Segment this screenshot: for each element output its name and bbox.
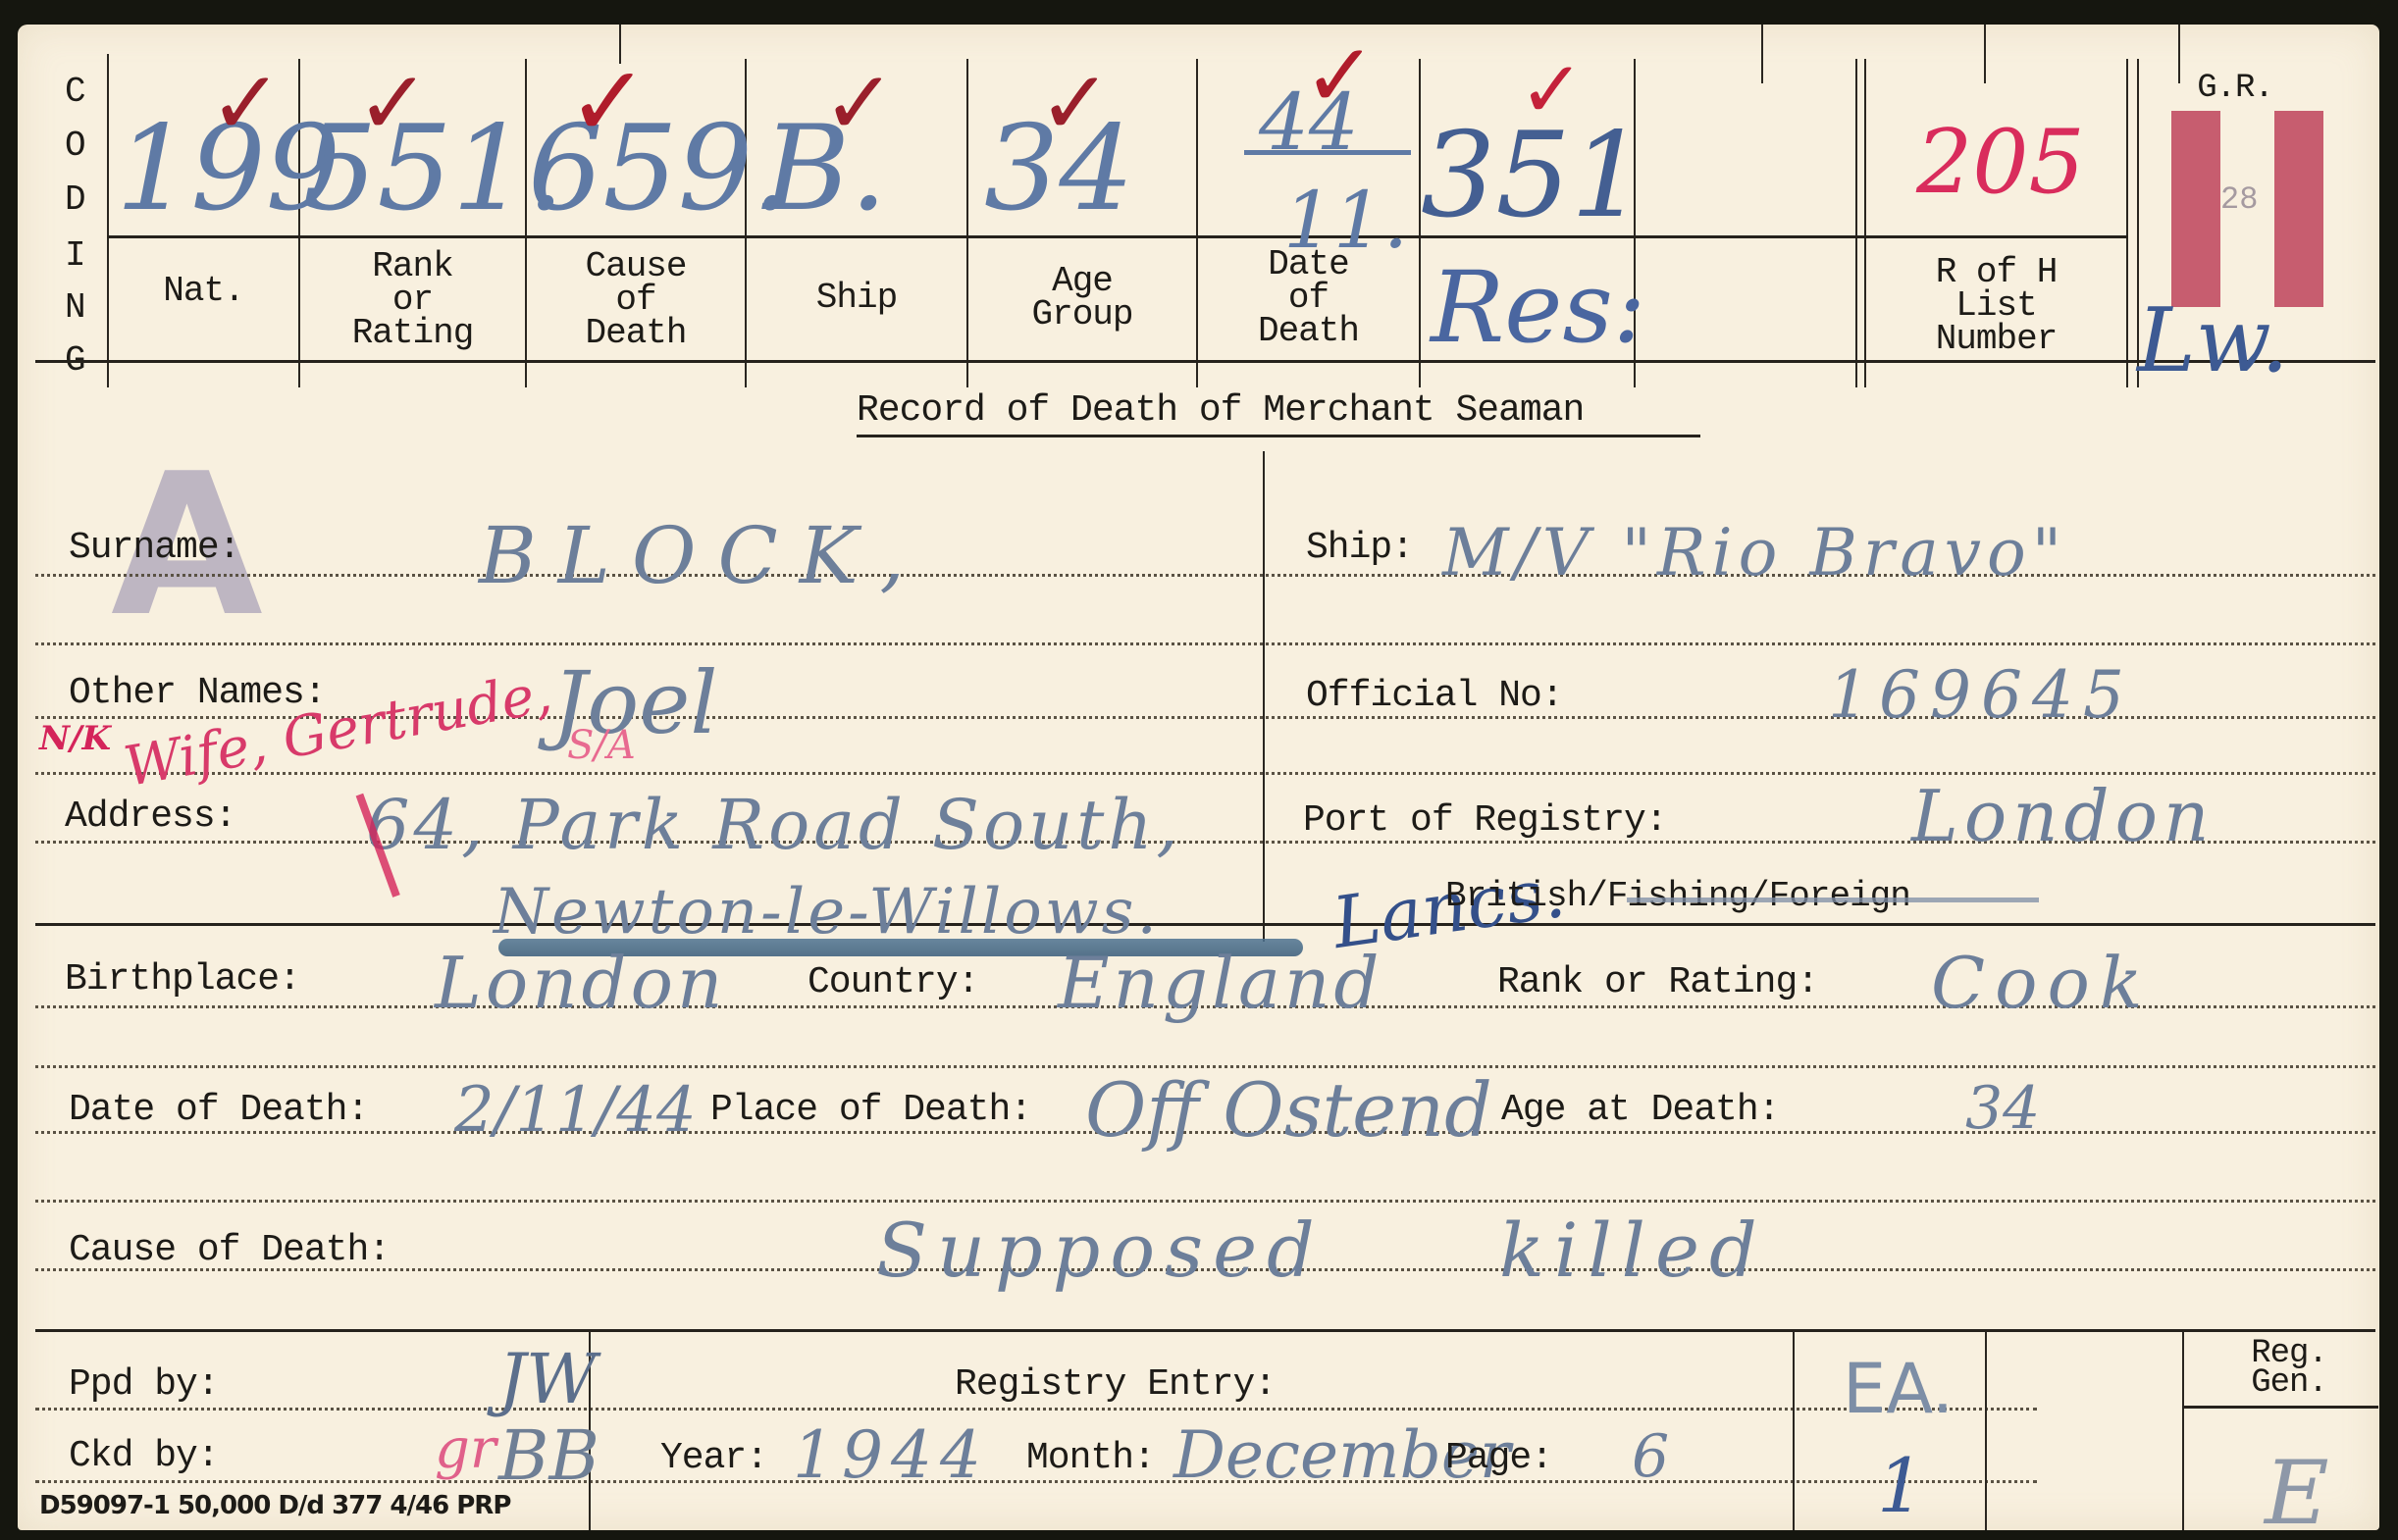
port-of-registry-value: London xyxy=(1911,775,2215,857)
header-label-r-of-h: R of HListNumber xyxy=(1866,256,2126,356)
same-address-note: S/A xyxy=(567,723,636,768)
footer-divider xyxy=(1793,1331,1795,1530)
check-mark-icon: ✓ xyxy=(1303,25,1377,128)
age-at-death-value: 34 xyxy=(1965,1074,2040,1143)
merchant-seaman-death-record-card: C O D I N G 199 551. 659. B. 34 44 11. 3… xyxy=(18,25,2379,1530)
coding-letter: O xyxy=(65,126,86,166)
header-label-cause: CauseofDeath xyxy=(527,250,745,350)
ckd-by-red-initials: gr xyxy=(435,1417,496,1481)
date-of-death-label: Date of Death: xyxy=(69,1089,368,1131)
place-of-death-label: Place of Death: xyxy=(710,1089,1031,1131)
reg-gen-label: Reg. Gen. xyxy=(2230,1339,2348,1398)
check-mark-icon: ✓ xyxy=(1519,44,1585,135)
header-label-date: DateofDeath xyxy=(1198,248,1419,348)
date-of-death-value: 2/11/44 xyxy=(454,1074,697,1147)
official-no-label: Official No: xyxy=(1306,675,1563,717)
country-label: Country: xyxy=(808,961,978,1003)
tick xyxy=(1761,25,1763,83)
ckd-by-label: Ckd by: xyxy=(69,1435,219,1477)
registry-type: British/Fishing/Foreign xyxy=(1445,876,1910,916)
gr-stamp-number: 28 xyxy=(2220,181,2258,218)
code-rank: 551. xyxy=(302,111,564,229)
footer-divider xyxy=(1985,1331,1987,1530)
address-line-2: Newton-le-Willows. xyxy=(494,876,1160,949)
gr-initials: Lw. xyxy=(2137,289,2289,392)
ship-value: M/V "Rio Bravo" xyxy=(1442,515,2067,590)
surname-value: BLOCK, xyxy=(479,510,926,601)
cause-of-death-value-1: Supposed xyxy=(876,1206,1325,1294)
date-fraction-bar xyxy=(1244,150,1411,155)
cause-of-death-label: Cause of Death: xyxy=(69,1229,390,1271)
address-label: Address: xyxy=(65,796,235,838)
check-mark-icon: ✓ xyxy=(822,52,896,155)
page-value: 6 xyxy=(1632,1422,1669,1491)
title-underline xyxy=(857,435,1700,437)
month-label: Month: xyxy=(1026,1437,1155,1479)
ea-code: EA. xyxy=(1843,1349,1954,1429)
tick xyxy=(1984,25,1986,83)
strikethrough-line xyxy=(1627,898,2039,902)
header-bottom-line xyxy=(35,360,2375,363)
header-divider xyxy=(966,59,968,387)
coding-letter: D xyxy=(65,180,86,220)
age-at-death-label: Age at Death: xyxy=(1501,1089,1779,1131)
gr-stamp-bar xyxy=(2274,111,2323,307)
dotted-rule xyxy=(35,1408,2037,1411)
place-of-death-value: Off Ostend xyxy=(1085,1066,1492,1154)
dotted-rule xyxy=(35,1480,2037,1483)
reg-gen-rule xyxy=(2182,1406,2378,1409)
header-divider xyxy=(2126,59,2128,387)
section-rule xyxy=(35,923,2375,926)
gr-stamp-bar xyxy=(2171,111,2220,307)
header-divider xyxy=(1855,59,1857,387)
code-351: 351 xyxy=(1421,118,1645,235)
check-mark-icon: ✓ xyxy=(567,44,650,159)
coding-letter: N xyxy=(65,287,86,328)
check-mark-icon: ✓ xyxy=(209,52,283,155)
ea-number: 1 xyxy=(1877,1442,1924,1529)
header-label-gr: G.R. xyxy=(2137,72,2333,105)
birthplace-value: London xyxy=(435,942,726,1024)
res-note: Res: xyxy=(1431,250,1645,365)
registry-entry-label: Registry Entry: xyxy=(955,1363,1276,1406)
check-mark-icon: ✓ xyxy=(1038,52,1112,155)
next-of-kin-note: N/K xyxy=(39,719,111,758)
year-value: 1944 xyxy=(793,1417,989,1493)
coding-letter: I xyxy=(65,235,86,276)
official-no-value: 169645 xyxy=(1828,657,2134,733)
card-title: Record of Death of Merchant Seaman xyxy=(857,389,1584,432)
rank-or-rating-label: Rank or Rating: xyxy=(1497,961,1818,1003)
ckd-by-initials: BB xyxy=(498,1415,599,1496)
header-label-ship: Ship xyxy=(747,282,966,315)
header-label-nat: Nat. xyxy=(109,275,298,308)
surname-label: Surname: xyxy=(69,527,239,569)
coding-letter: C xyxy=(65,72,86,112)
header-divider xyxy=(107,54,109,387)
footer-divider xyxy=(2182,1331,2184,1530)
check-mark-icon: ✓ xyxy=(356,52,430,155)
address-line-1: 64, Park Road South, xyxy=(366,785,1182,865)
reg-gen-value: E xyxy=(2265,1442,2329,1540)
cause-of-death-value-2: killed xyxy=(1499,1206,1767,1294)
r-of-h-list-number-value: 205 xyxy=(1916,111,2085,214)
ppd-by-initials: JW xyxy=(498,1339,597,1419)
page-label: Page: xyxy=(1445,1437,1552,1479)
rank-or-rating-value: Cook xyxy=(1931,942,2152,1024)
ppd-by-label: Ppd by: xyxy=(69,1363,219,1406)
dotted-rule xyxy=(35,642,2375,645)
country-value: England xyxy=(1058,942,1382,1024)
birthplace-label: Birthplace: xyxy=(65,958,300,1001)
section-rule xyxy=(35,1329,2375,1332)
header-label-rank: RankorRating xyxy=(300,250,525,350)
dotted-rule xyxy=(35,1200,2375,1203)
printer-code: D59097-1 50,000 D/d 377 4/46 PRP xyxy=(39,1491,510,1520)
ship-label: Ship: xyxy=(1306,527,1413,569)
year-label: Year: xyxy=(660,1437,767,1479)
column-divider xyxy=(1263,451,1265,942)
port-of-registry-label: Port of Registry: xyxy=(1303,799,1667,842)
header-label-age-group: AgeGroup xyxy=(968,265,1196,332)
